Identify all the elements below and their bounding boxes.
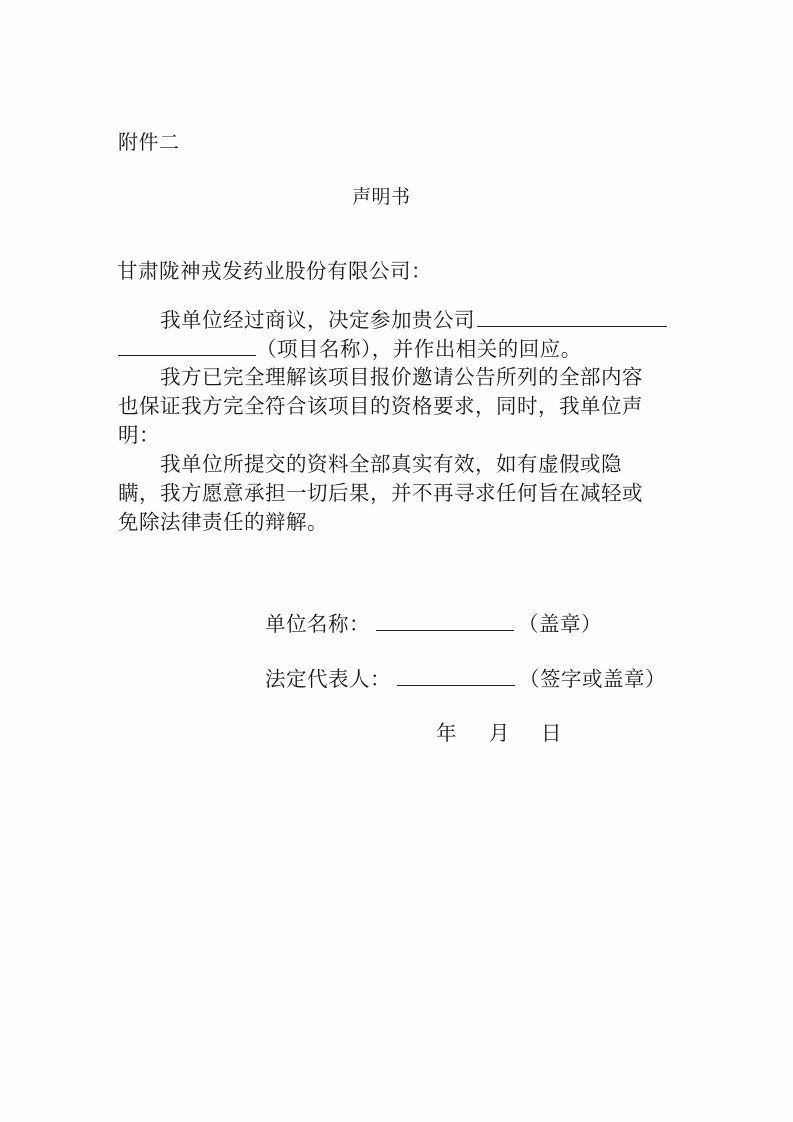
date-month: 月 <box>489 719 510 748</box>
addressee: 甘肃陇神戎发药业股份有限公司： <box>117 257 432 286</box>
attachment-label: 附件二 <box>118 128 180 157</box>
legal-rep-note: （签字或盖章） <box>519 667 666 691</box>
document-page: 附件二 声明书 甘肃陇神戎发药业股份有限公司： 我单位经过商议，决定参加贵公司 … <box>0 0 793 1122</box>
paragraph-2-line-2: 也保证我方完全符合该项目的资格要求，同时，我单位声 <box>118 392 643 421</box>
unit-name-field[interactable] <box>376 610 514 631</box>
legal-rep-field[interactable] <box>397 665 515 686</box>
legal-rep-row: 法定代表人：（签字或盖章） <box>265 665 666 694</box>
document-title: 声明书 <box>352 183 411 212</box>
project-name-blank[interactable] <box>118 335 256 356</box>
paragraph-1-text: 我单位经过商议，决定参加贵公司 <box>160 308 475 332</box>
paragraph-1-line-1: 我单位经过商议，决定参加贵公司 <box>160 306 667 335</box>
unit-name-note: （盖章） <box>518 612 602 636</box>
date-year: 年 <box>436 719 457 748</box>
project-company-blank[interactable] <box>477 306 667 327</box>
date-day: 日 <box>541 719 562 748</box>
unit-name-label: 单位名称： <box>265 612 370 636</box>
paragraph-2-line-1: 我方已完全理解该项目报价邀请公告所列的全部内容 <box>160 363 643 392</box>
unit-name-row: 单位名称：（盖章） <box>265 610 602 639</box>
legal-rep-label: 法定代表人： <box>265 667 391 691</box>
paragraph-1-line-2: （项目名称），并作出相关的回应。 <box>118 335 582 364</box>
paragraph-2-line-3: 明： <box>118 421 160 450</box>
paragraph-3-line-3: 免除法律责任的辩解。 <box>118 508 328 537</box>
paragraph-3-line-1: 我单位所提交的资料全部真实有效，如有虚假或隐 <box>160 450 622 479</box>
paragraph-3-line-2: 瞒，我方愿意承担一切后果，并不再寻求任何旨在减轻或 <box>118 479 643 508</box>
paragraph-1-text-2: （项目名称），并作出相关的回应。 <box>256 337 582 361</box>
